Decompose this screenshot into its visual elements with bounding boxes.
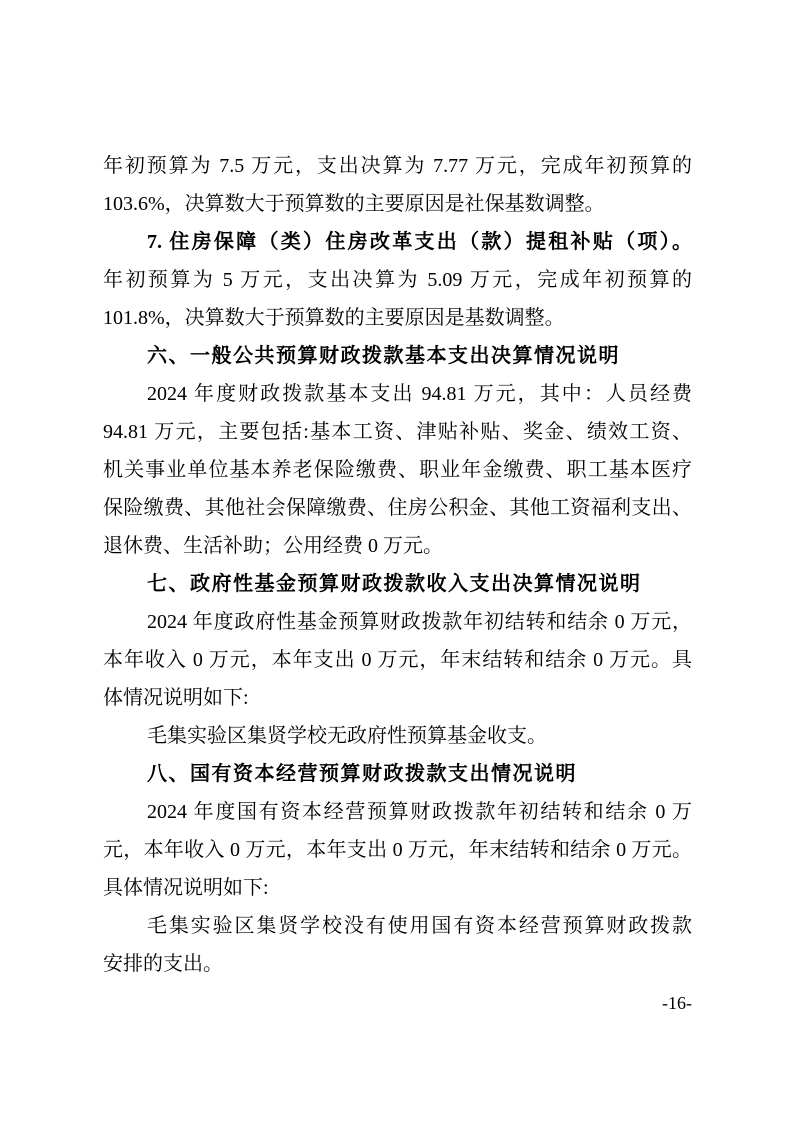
- text-line-basic-exp-2: 94.81 万元，主要包括:基本工资、津贴补贴、奖金、绩效工资、: [103, 413, 692, 451]
- document-page: 年初预算为 7.5 万元，支出决算为 7.77 万元，完成年初预算的103.6%…: [0, 0, 793, 1122]
- heading-section-six: 六、一般公共预算财政拨款基本支出决算情况说明: [103, 337, 692, 375]
- text-line-basic-exp-3: 机关事业单位基本养老保险缴费、职业年金缴费、职工基本医疗: [103, 451, 692, 489]
- subheading-housing-rent-subsidy: 7. 住房保障（类）住房改革支出（款）提租补贴（项）。: [103, 223, 692, 261]
- text-line-statecap-note-1: 毛集实验区集贤学校没有使用国有资本经营预算财政拨款: [103, 907, 692, 945]
- text-line-govfund-2: 本年收入 0 万元，本年支出 0 万元，年末结转和结余 0 万元。具: [103, 641, 692, 679]
- text-line-statecap-note-2: 安排的支出。: [103, 945, 692, 983]
- text-line-statecap-2: 元，本年收入 0 万元，本年支出 0 万元，年末结转和结余 0 万元。: [103, 831, 692, 869]
- heading-section-seven: 七、政府性基金预算财政拨款收入支出决算情况说明: [103, 565, 692, 603]
- text-line-govfund-1: 2024 年度政府性基金预算财政拨款年初结转和结余 0 万元，: [103, 603, 692, 641]
- text-line-statecap-1: 2024 年度国有资本经营预算财政拨款年初结转和结余 0 万: [103, 793, 692, 831]
- text-line-housing-1: 年初预算为 5 万元，支出决算为 5.09 万元，完成年初预算的: [103, 261, 692, 299]
- text-line-basic-exp-5: 退休费、生活补助；公用经费 0 万元。: [103, 527, 692, 565]
- page-number: -16-: [103, 992, 692, 1014]
- heading-section-eight: 八、国有资本经营预算财政拨款支出情况说明: [103, 755, 692, 793]
- text-line-govfund-note: 毛集实验区集贤学校无政府性预算基金收支。: [103, 717, 692, 755]
- text-line-housing-2: 101.8%，决算数大于预算数的主要原因是基数调整。: [103, 299, 692, 337]
- text-line-prev-section-cont-2: 103.6%，决算数大于预算数的主要原因是社保基数调整。: [103, 185, 692, 223]
- text-line-govfund-3: 体情况说明如下:: [103, 679, 692, 717]
- text-line-prev-section-cont-1: 年初预算为 7.5 万元，支出决算为 7.77 万元，完成年初预算的: [103, 147, 692, 185]
- text-line-basic-exp-1: 2024 年度财政拨款基本支出 94.81 万元，其中：人员经费: [103, 375, 692, 413]
- text-line-basic-exp-4: 保险缴费、其他社会保障缴费、住房公积金、其他工资福利支出、: [103, 489, 692, 527]
- text-line-statecap-3: 具体情况说明如下:: [103, 869, 692, 907]
- text-block: 年初预算为 7.5 万元，支出决算为 7.77 万元，完成年初预算的103.6%…: [103, 147, 692, 983]
